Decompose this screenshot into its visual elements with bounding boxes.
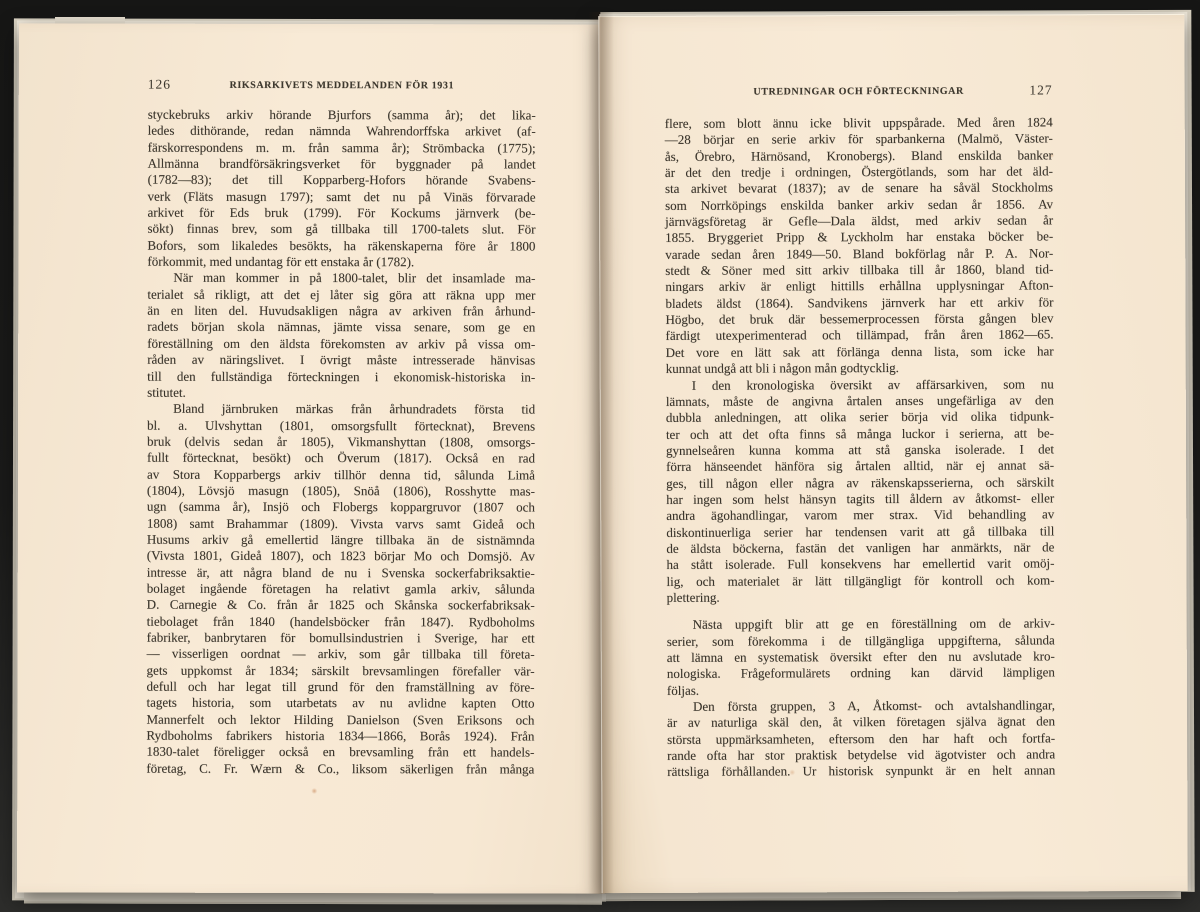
text-line: (1804), Lövsjö masugn (1805), Snöå (1806… [147,483,535,500]
text-line: är av naturliga skäl den, åt vilken före… [667,714,1055,732]
text-line: sta arkivet bevarat (1837); av de senare… [665,180,1053,198]
text-line: intresse är, att några bland de nu i Sve… [147,564,535,581]
text-line: än en liten del. Huvudsakligen några av … [147,303,535,320]
text-line: ter och att det ofta finns så många luck… [666,425,1054,443]
text-line: förra hänseendet hänföra sig årtalen all… [666,458,1054,476]
text-line: 1855. Bryggeriet Pripp & Lyckholm har en… [665,229,1053,247]
text-line: att lämna en systematisk översikt efter … [667,648,1055,666]
text-line: färskorrespondens m. m. från samma år); … [148,139,536,156]
text-line: lämnats, måste de angivna årtalen anses … [666,392,1054,410]
text-line: bolaget ingående företagen ha relativt g… [147,581,535,598]
left-page: 126 RIKSARKIVETS MEDDELANDEN FÖR 1931 st… [17,23,607,893]
text-line: är det den tredje i ordningen, Östergötl… [665,163,1053,181]
text-line: stitutet. [147,384,535,401]
text-line: av Stora Kopparbergs arkiv tillhör denna… [147,466,535,483]
text-line: gets uppkomst år 1834; särskilt brevsaml… [147,662,535,679]
text-line: färdigt utexperimenterad och tillämpad, … [666,327,1054,345]
text-line: kunnat undgå att bli i någon mån godtyck… [666,360,1054,378]
text-line: bruk (delvis sedan år 1805), Vikmanshytt… [147,434,535,451]
text-line: plettering. [667,588,1055,606]
text-line: defull och har legat till grund för den … [147,679,535,696]
text-line: nologiska. Frågeformulärets ordning kan … [667,665,1055,683]
text-line: Bland järnbruken märkas från århundradet… [147,401,535,418]
text-line: råden av näringslivet. I övrigt måste in… [147,352,535,369]
text-line: järnvägsföretag är Gefle—Dala äldst, med… [665,212,1053,230]
text-line: sökt) finnas brev, som gå tillbaka till … [147,221,535,238]
left-page-header: 126 RIKSARKIVETS MEDDELANDEN FÖR 1931 [148,76,536,95]
text-line: Husums arkiv gå emellertid längre tillba… [147,532,535,549]
text-line: Bofors, som likaledes besökts, ha räkens… [147,237,535,254]
page-number: 127 [1029,81,1052,99]
text-line: radets början skola nämnas, jämte vissa … [147,319,535,336]
text-line: Mannerfelt och lektor Hilding Danielson … [146,711,534,728]
text-line: andra ägohandlingar, varom mer strax. Vi… [666,507,1054,525]
text-line: bladets äldst (1864). Sandvikens järnver… [665,294,1053,312]
text-line: har ingen som helst hänsyn tagits till å… [666,490,1054,508]
text-line: serier, som förekomma i de tillgängliga … [667,632,1055,650]
text-line: företag, C. Fr. Wærn & Co., liksom säker… [146,760,534,777]
text-line: När man kommer in på 1800-talet, blir de… [147,270,535,287]
text-line: terialet så rikligt, att det ej låter si… [147,286,535,303]
text-line: arkivet för Eds bruk (1799). För Kockums… [147,205,535,222]
text-line: rättsliga förhållanden. Ur historisk syn… [667,763,1055,781]
paragraph: styckebruks arkiv hörande Bjurfors (samm… [147,107,535,271]
text-line: flere, som blott ännu icke blivit uppspå… [665,114,1053,132]
text-line: ledes dithörande, redan nämnda Wahrendor… [148,123,536,140]
paragraph: Bland järnbruken märkas från århundradet… [146,401,535,778]
right-page-header: UTREDNINGAR OCH FÖRTECKNINGAR 127 [665,81,1053,100]
text-line: —28 börjar en serie arkiv för sparbanker… [665,131,1053,149]
text-line: de äldsta böckerna, fastän det vanligen … [666,539,1054,557]
open-book-photograph: 126 RIKSARKIVETS MEDDELANDEN FÖR 1931 st… [0,0,1200,912]
text-line: ges, till någon eller några av räkenskap… [666,474,1054,492]
text-line: fullt förtecknat, besökt) och Överum (18… [147,450,535,467]
text-line: Nästa uppgift blir att ge en föreställni… [667,616,1055,634]
text-line: (1782—83); det till Kopparberg-Hofors hö… [148,172,536,189]
text-line: bl. a. Ulvshyttan (1801, omsorgsfullt fö… [147,417,535,434]
paragraph: När man kommer in på 1800-talet, blir de… [147,270,535,402]
running-title: UTREDNINGAR OCH FÖRTECKNINGAR [665,82,1053,101]
text-line: Högbo, det bruk där bessemerprocessen fö… [665,311,1053,329]
text-line: största uppmärksamheten, eftersom den ha… [667,730,1055,748]
text-line: stedt & Söner med sitt arkiv tillbaka ti… [665,261,1053,279]
text-line: styckebruks arkiv hörande Bjurfors (samm… [148,107,536,124]
text-line: — visserligen oordnat — arkiv, som går t… [147,646,535,663]
text-line: ha stått isolerade. Full konsekvens har … [666,556,1054,574]
text-line: Rydboholms fabrikers historia 1834—1866,… [146,728,534,745]
text-line: (Vivsta 1801, Gideå 1807), och 1823 börj… [147,548,535,565]
paragraph: Den första gruppen, 3 A, Åtkomst- och av… [667,697,1055,780]
text-line: förkommit, med undantag för ett enstaka … [147,254,535,271]
left-page-body-text: styckebruks arkiv hörande Bjurfors (samm… [146,107,535,778]
paragraph: flere, som blott ännu icke blivit uppspå… [665,114,1054,377]
text-line: Allmänna brandförsäkringsverket för bygg… [148,156,536,173]
text-line: tiebolaget från 1840 (handelsböcker från… [147,613,535,630]
text-line: som Norrköpings enskilda banker arkiv se… [665,196,1053,214]
text-line: 1830-talet föreligger också en brevsamli… [146,744,534,761]
running-title: RIKSARKIVETS MEDDELANDEN FÖR 1931 [148,77,536,96]
text-line: ningars arkiv är enligt hittills erhålln… [665,278,1053,296]
text-line: D. Carnegie & Co. från år 1825 och Skåns… [147,597,535,614]
text-line: Det vore en lätt sak att förlänga denna … [666,343,1054,361]
text-line: I den kronologiska översikt av affärsark… [666,376,1054,394]
text-line: dubbla anledningen, att olika serier bör… [666,409,1054,427]
text-line: föreställning om den äldsta förekomsten … [147,335,535,352]
text-line: följas. [667,681,1055,699]
text-line: tagets historia, som utarbetats av nu av… [146,695,534,712]
text-line: gynnelseåren kunna komma att stå ganska … [666,441,1054,459]
text-line: till den fullständiga förteckningen i ek… [147,368,535,385]
paragraph: I den kronologiska översikt av affärsark… [666,376,1055,606]
text-line: fabriker, banbrytaren för bomullsindustr… [147,630,535,647]
text-line: ugn (samma år), Insjö och Flobergs koppa… [147,499,535,516]
text-line: diskontinuerliga serier har tendensen va… [666,523,1054,541]
right-page-body-text: flere, som blott ännu icke blivit uppspå… [665,114,1056,780]
right-page: UTREDNINGAR OCH FÖRTECKNINGAR 127 flere,… [598,14,1187,893]
text-line: varade sedan åren 1849—50. Bland bokförl… [665,245,1053,263]
paragraph: Nästa uppgift blir att ge en föreställni… [667,616,1055,699]
text-line: ås, Örebro, Härnösand, Kronobergs). Blan… [665,147,1053,165]
text-line: 1808) samt Brahammar (1809). Vivsta varv… [147,515,535,532]
text-line: rande ofta har stor praktisk betydelse v… [667,746,1055,764]
text-line: Den första gruppen, 3 A, Åtkomst- och av… [667,697,1055,715]
text-line: verk (Fläts masugn 1797); samt det nu på… [148,188,536,205]
text-line: lig, och materialet är lätt tillgängligt… [666,572,1054,590]
